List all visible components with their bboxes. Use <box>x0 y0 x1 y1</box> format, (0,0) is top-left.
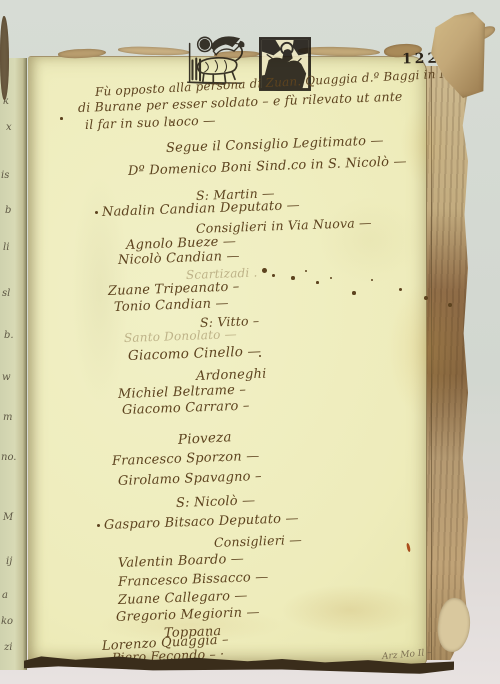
text-fragment: ko <box>1 616 13 627</box>
debris-fragment <box>118 46 190 57</box>
text-fragment: w <box>2 372 11 383</box>
text-fragment: sl <box>2 288 10 299</box>
text-fragment: k <box>3 96 9 107</box>
text-fragment: M <box>3 512 13 523</box>
text-fragment: zi <box>4 642 12 653</box>
text-fragment: m <box>3 412 12 423</box>
fore-edge-pages <box>424 66 468 660</box>
saint-figure-icon <box>259 37 311 91</box>
text-fragment: b <box>5 205 11 216</box>
adjacent-page-edge: kxisblislb.wmno.Mijakozi <box>0 58 27 670</box>
text-fragment: no. <box>1 452 16 463</box>
adjacent-page-text-fragments: kxisblislb.wmno.Mijakozi <box>0 58 27 670</box>
lion-of-saint-mark-icon <box>186 34 250 86</box>
text-fragment: x <box>6 122 12 133</box>
text-fragment: a <box>2 590 8 601</box>
text-fragment: is <box>1 170 9 181</box>
saint-figure-woodcut <box>259 37 311 91</box>
manuscript-page <box>28 56 427 665</box>
text-fragment: li <box>3 242 9 253</box>
text-fragment: ij <box>6 556 12 567</box>
manuscript-photo: kxisblislb.wmno.Mijakozi <box>0 0 500 684</box>
lion-of-saint-mark-woodcut <box>186 34 250 86</box>
text-fragment: b. <box>4 330 14 341</box>
